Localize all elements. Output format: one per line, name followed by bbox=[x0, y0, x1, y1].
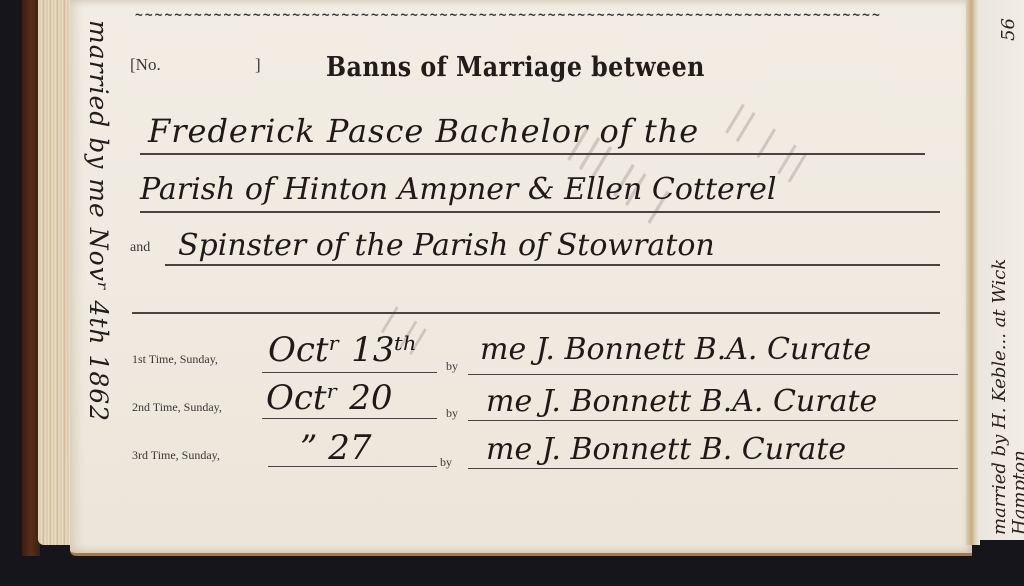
document-scan: \\\ \\ \ \\ \ \\ \ \\ ~~~~~~~~~~~~~~~~~~… bbox=[0, 0, 1024, 586]
ruled-line bbox=[268, 466, 437, 467]
ruled-line bbox=[468, 468, 958, 469]
publication-label: 1st Time, Sunday, bbox=[132, 352, 218, 367]
ruled-line bbox=[140, 153, 925, 155]
names-line-2: Parish of Hinton Ampner & Ellen Cotterel bbox=[140, 172, 776, 207]
officiant-signature: me J. Bonnett B.A. Curate bbox=[486, 384, 877, 419]
margin-note-right-top: 56 bbox=[998, 18, 1019, 41]
by-label: by bbox=[446, 406, 458, 421]
ruled-line bbox=[468, 374, 958, 375]
register-page bbox=[70, 0, 972, 556]
ruled-line bbox=[262, 418, 437, 419]
officiant-signature: me J. Bonnett B.A. Curate bbox=[480, 332, 871, 367]
entry-number-label: [No. bbox=[130, 55, 161, 75]
page-title: Banns of Marriage between bbox=[326, 52, 705, 83]
page-stack-edges bbox=[38, 0, 74, 545]
entry-number-bracket: ] bbox=[255, 55, 261, 75]
ruled-line bbox=[165, 264, 940, 266]
by-label: by bbox=[440, 455, 452, 470]
and-label: and bbox=[130, 240, 150, 256]
officiant-signature: me J. Bonnett B. Curate bbox=[486, 432, 846, 467]
ruled-line bbox=[140, 211, 940, 213]
ruled-line bbox=[468, 420, 958, 421]
margin-note-right: married by H. Keble... at Wick Hampton bbox=[990, 225, 1024, 535]
publication-date: ” 27 bbox=[300, 428, 371, 468]
ruled-line bbox=[262, 372, 437, 373]
publication-label: 2nd Time, Sunday, bbox=[132, 400, 222, 415]
publication-label: 3rd Time, Sunday, bbox=[132, 448, 220, 463]
names-line-1: Frederick Pasce Bachelor of the bbox=[148, 112, 699, 150]
by-label: by bbox=[446, 359, 458, 374]
ruled-line-blank bbox=[132, 312, 940, 314]
names-line-3: Spinster of the Parish of Stowraton bbox=[178, 228, 715, 263]
publication-date: Octʳ 13ᵗʰ bbox=[268, 330, 418, 370]
decorative-border: ~~~~~~~~~~~~~~~~~~~~~~~~~~~~~~~~~~~~~~~~… bbox=[135, 8, 935, 23]
publication-date: Octʳ 20 bbox=[266, 378, 392, 418]
margin-note-left: married by me Novʳ 4th 1862 bbox=[84, 20, 113, 540]
